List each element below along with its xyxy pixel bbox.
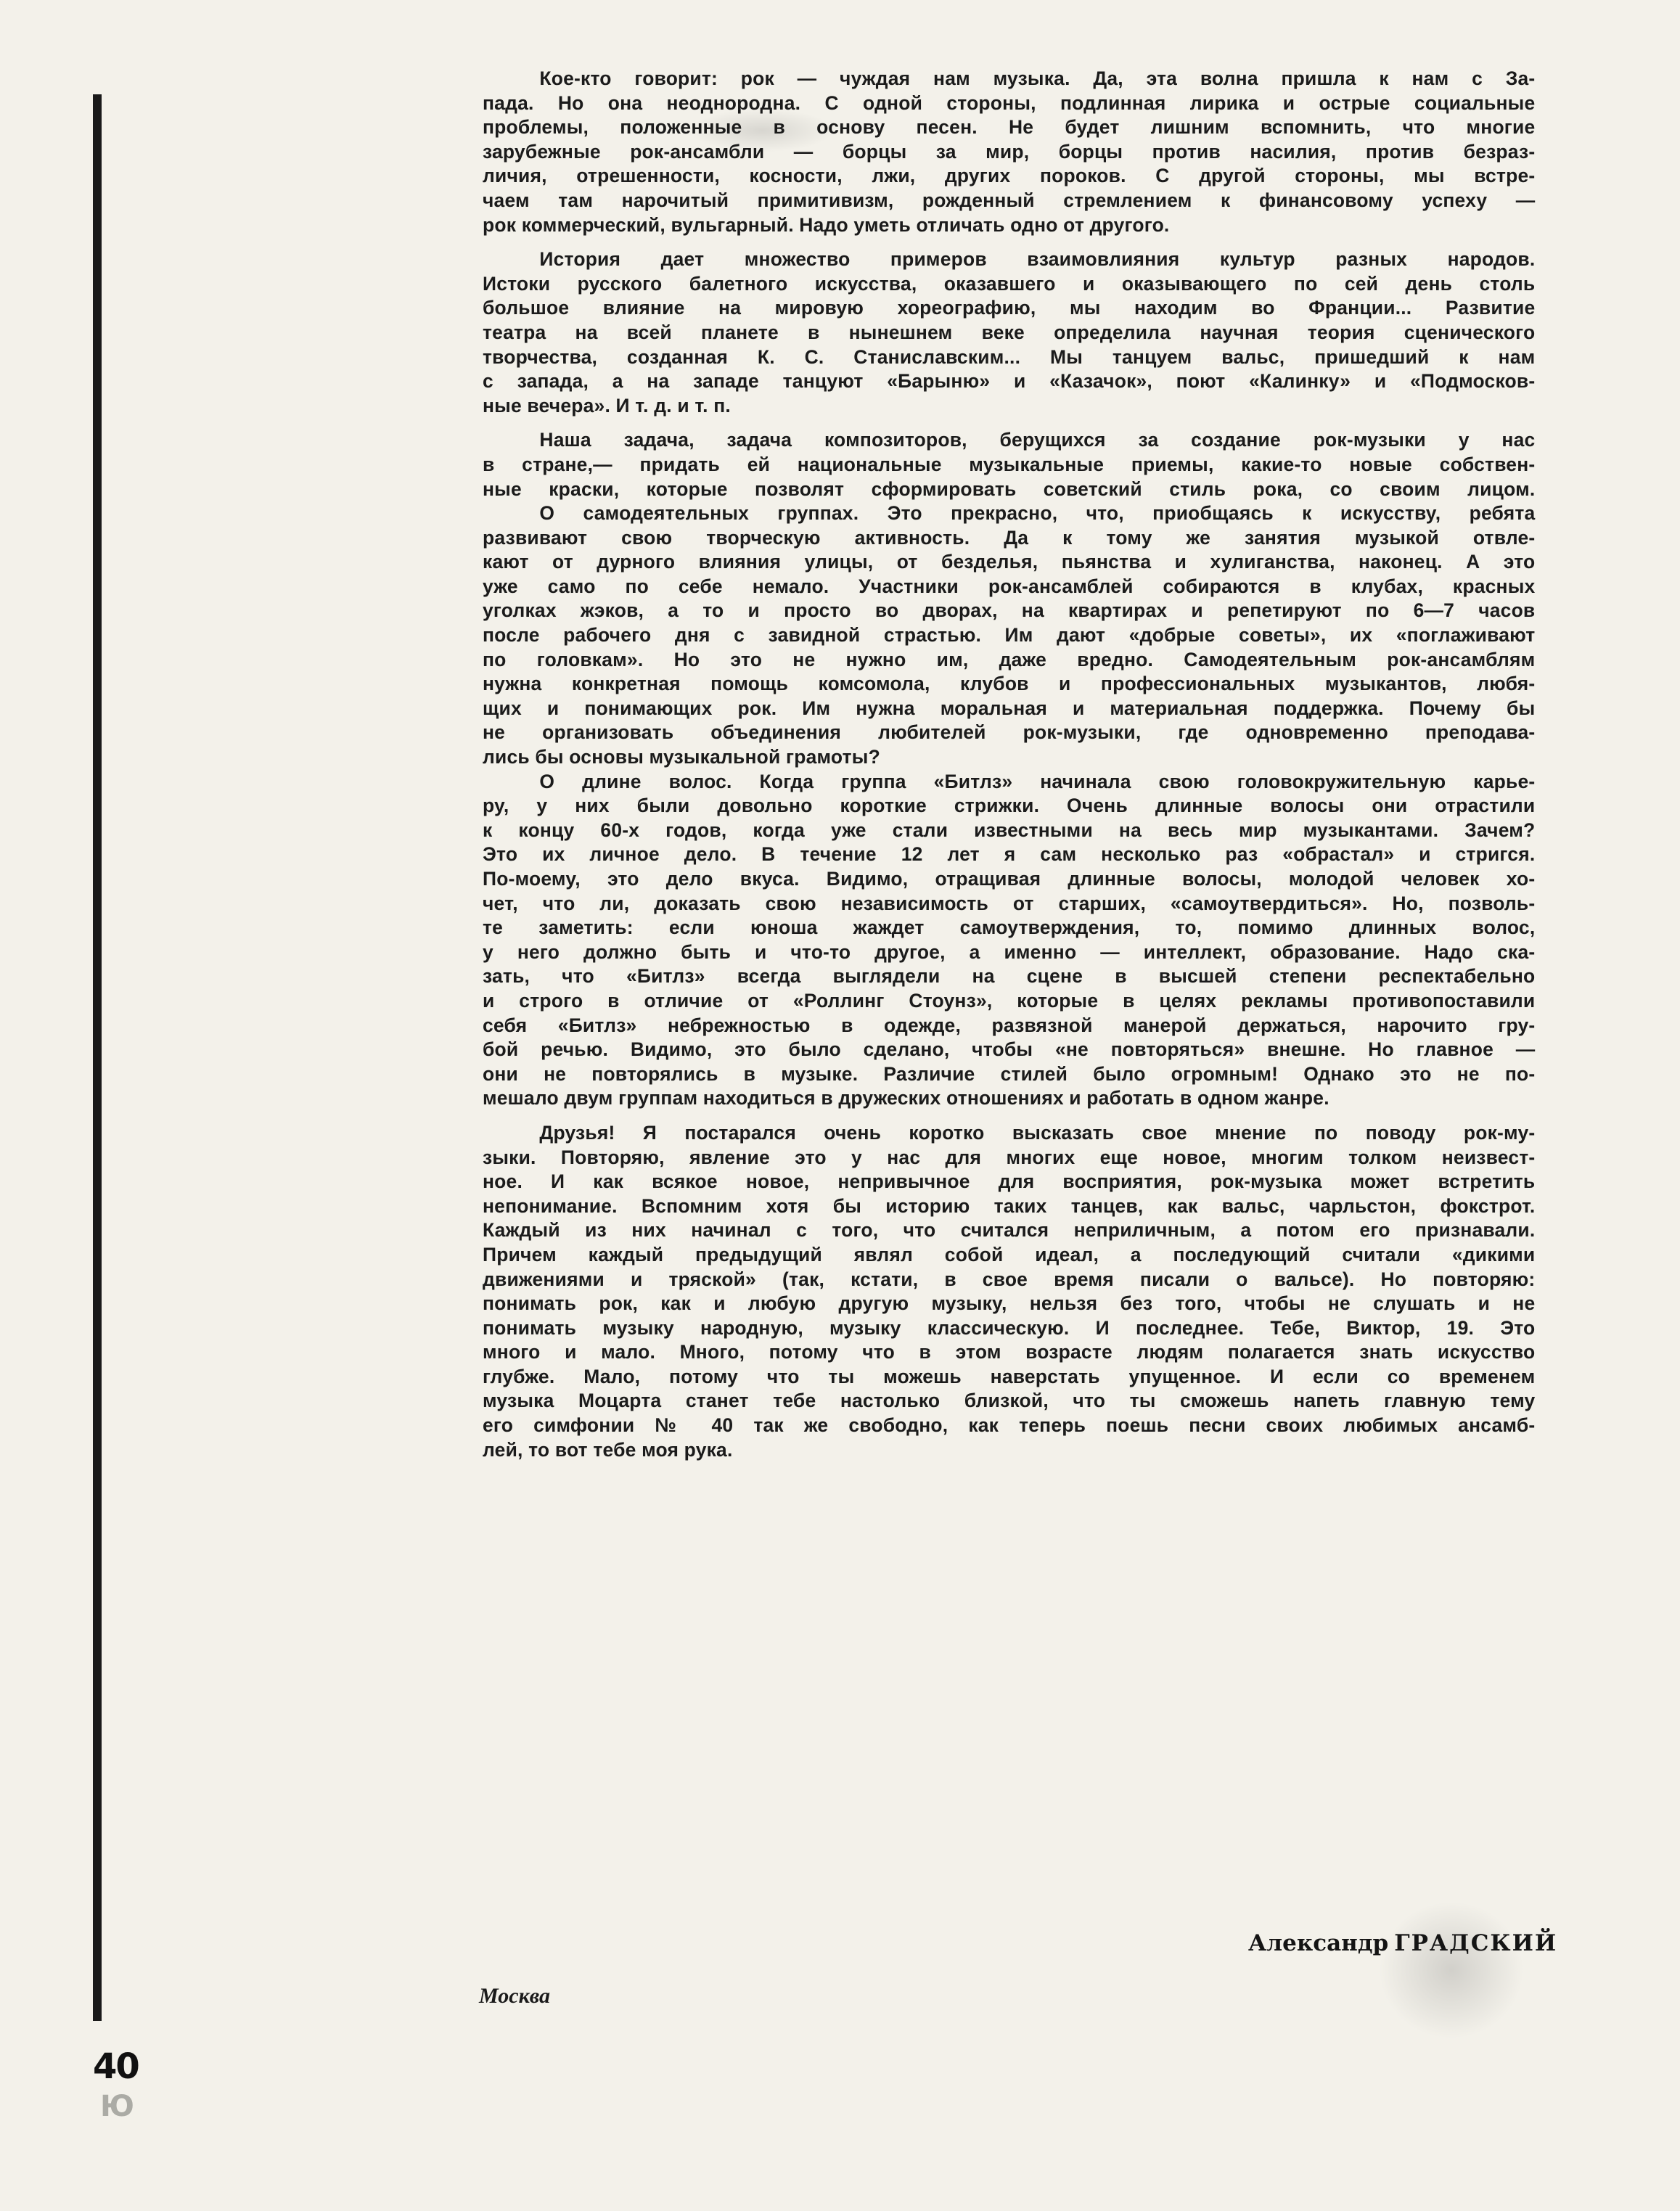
text-line: понимать рок, как и любую другую музыку,…	[483, 1292, 1535, 1316]
text-line: уголках жэков, а то и просто во дворах, …	[483, 599, 1535, 623]
text-line: проблемы, положенные в основу песен. Не …	[483, 115, 1535, 140]
text-line: чаем там нарочитый примитивизм, рожденны…	[483, 189, 1535, 213]
text-line: после рабочего дня с завидной страстью. …	[483, 623, 1535, 648]
text-line: мешало двум группам находиться в дружеск…	[483, 1086, 1535, 1111]
text-line: в стране,— придать ей национальные музык…	[483, 453, 1535, 477]
paragraph: О длине волос. Когда группа «Битлз» начи…	[483, 770, 1535, 1111]
paragraph: О самодеятельных группах. Это прекрасно,…	[483, 501, 1535, 770]
text-line: зыки. Повторяю, явление это у нас для мн…	[483, 1146, 1535, 1170]
text-line: Кое-кто говорит: рок — чуждая нам музыка…	[483, 67, 1535, 91]
text-line: ные вечера». И т. д. и т. п.	[483, 394, 1535, 419]
text-line: и строго в отличие от «Роллинг Стоунз», …	[483, 989, 1535, 1014]
text-line: развивают свою творческую активность. Да…	[483, 526, 1535, 551]
text-line: Друзья! Я постарался очень коротко выска…	[483, 1121, 1535, 1146]
print-smudge	[1379, 1901, 1524, 2039]
page-margin-bar	[93, 94, 102, 2021]
text-line: глубже. Мало, потому что ты можешь навер…	[483, 1365, 1535, 1390]
text-line: понимать музыку народную, музыку классич…	[483, 1316, 1535, 1341]
text-line: чет, что ли, доказать свою независимость…	[483, 892, 1535, 916]
text-line: те заметить: если юноша жаждет самоутвер…	[483, 916, 1535, 940]
text-line: зать, что «Битлз» всегда выглядели на сц…	[483, 964, 1535, 989]
text-line: рок коммерческий, вульгарный. Надо уметь…	[483, 213, 1535, 238]
text-line: О самодеятельных группах. Это прекрасно,…	[483, 501, 1535, 526]
text-line: с запада, а на западе танцуют «Барыню» и…	[483, 369, 1535, 394]
article-body: Кое-кто говорит: рок — чуждая нам музыка…	[483, 67, 1535, 1462]
paragraph: Друзья! Я постарался очень коротко выска…	[483, 1121, 1535, 1462]
text-line: его симфонии № 40 так же свободно, как т…	[483, 1414, 1535, 1438]
paragraph: Наша задача, задача композиторов, берущи…	[483, 428, 1535, 501]
text-line: По-моему, это дело вкуса. Видимо, отращи…	[483, 867, 1535, 892]
text-line: театра на всей планете в нынешнем веке о…	[483, 321, 1535, 345]
text-line: О длине волос. Когда группа «Битлз» начи…	[483, 770, 1535, 795]
text-line: много и мало. Много, потому что в этом в…	[483, 1340, 1535, 1365]
text-line: лей, то вот тебе моя рука.	[483, 1438, 1535, 1463]
text-line: они не повторялись в музыке. Различие ст…	[483, 1062, 1535, 1087]
text-line: большое влияние на мировую хореографию, …	[483, 296, 1535, 321]
text-line: лись бы основы музыкальной грамоты?	[483, 745, 1535, 770]
text-line: Наша задача, задача композиторов, берущи…	[483, 428, 1535, 453]
journal-logo-mark: Ю	[100, 2090, 134, 2123]
text-line: творчества, созданная К. С. Станиславски…	[483, 345, 1535, 370]
text-line: непонимание. Вспомним хотя бы историю та…	[483, 1194, 1535, 1219]
text-line: История дает множество примеров взаимовл…	[483, 247, 1535, 272]
text-line: Причем каждый предыдущий являл собой иде…	[483, 1243, 1535, 1268]
text-line: ные краски, которые позволят сформироват…	[483, 477, 1535, 502]
paragraph: История дает множество примеров взаимовл…	[483, 247, 1535, 418]
text-line: Истоки русского балетного искусства, ока…	[483, 272, 1535, 297]
text-line: ру, у них были довольно короткие стрижки…	[483, 794, 1535, 819]
text-line: по головкам». Но это не нужно им, даже в…	[483, 648, 1535, 673]
text-line: пада. Но она неоднородна. С одной сторон…	[483, 91, 1535, 116]
dateline-city: Москва	[479, 1984, 550, 2009]
text-line: Это их личное дело. В течение 12 лет я с…	[483, 842, 1535, 867]
text-line: себя «Битлз» небрежностью в одежде, разв…	[483, 1014, 1535, 1038]
text-line: нужна конкретная помощь комсомола, клубо…	[483, 672, 1535, 697]
text-line: музыка Моцарта станет тебе настолько бли…	[483, 1389, 1535, 1414]
author-signature: АлександрГРАДСКИЙ	[1248, 1930, 1557, 1956]
paragraph: Кое-кто говорит: рок — чуждая нам музыка…	[483, 67, 1535, 237]
page-number: 40	[93, 2046, 139, 2087]
text-line: зарубежные рок-ансамбли — борцы за мир, …	[483, 140, 1535, 165]
text-line: ное. И как всякое новое, непривычное для…	[483, 1170, 1535, 1194]
text-line: Каждый из них начинал с того, что считал…	[483, 1218, 1535, 1243]
text-line: к концу 60-х годов, когда уже стали изве…	[483, 819, 1535, 843]
text-line: бой речью. Видимо, это было сделано, что…	[483, 1038, 1535, 1062]
author-surname: ГРАДСКИЙ	[1394, 1930, 1557, 1956]
text-line: не организовать объединения любителей ро…	[483, 721, 1535, 745]
author-first-name: Александр	[1248, 1930, 1388, 1956]
text-line: движениями и тряской» (так, кстати, в св…	[483, 1268, 1535, 1292]
text-line: уже само по себе немало. Участники рок-а…	[483, 575, 1535, 599]
text-line: щих и понимающих рок. Им нужна моральная…	[483, 697, 1535, 721]
text-line: у него должно быть и что-то другое, а им…	[483, 940, 1535, 965]
text-line: кают от дурного влияния улицы, от бездел…	[483, 550, 1535, 575]
text-line: личия, отрешенности, косности, лжи, друг…	[483, 164, 1535, 189]
